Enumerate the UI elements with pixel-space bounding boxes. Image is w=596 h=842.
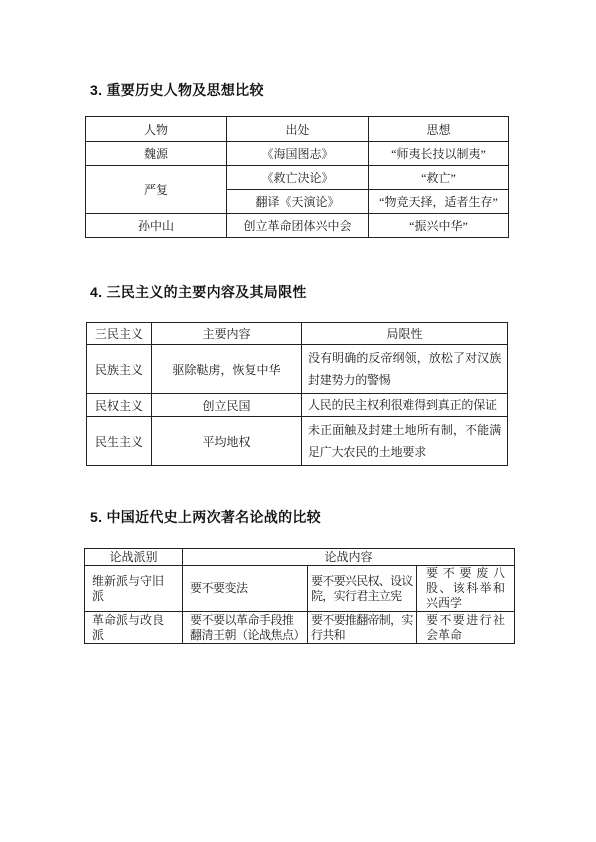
- section-4-heading: 4. 三民主义的主要内容及其局限性: [90, 285, 307, 299]
- cell-source: 《海国图志》: [227, 142, 369, 166]
- header-cell-debate-content: 论战内容: [183, 549, 515, 566]
- cell-faction: 革命派与改良派: [85, 612, 183, 644]
- table-row: 民生主义 平均地权 未正面触及封建土地所有制，不能满足广大农民的土地要求: [87, 417, 508, 466]
- table-header-row: 论战派别 论战内容: [85, 549, 515, 566]
- cell-principle: 民族主义: [87, 345, 152, 394]
- table-row: 维新派与守旧派 要不要变法 要不要兴民权、设议院，实行君主立宪 要不要废八股、该…: [85, 566, 515, 612]
- cell-content: 平均地权: [152, 417, 302, 466]
- header-cell-source: 出处: [227, 117, 369, 142]
- cell-debate-topic: 要不要废八股、该科举和兴西学: [417, 566, 515, 612]
- section-3-heading: 3. 重要历史人物及思想比较: [90, 83, 264, 97]
- table-header-row: 人物 出处 思想: [86, 117, 509, 142]
- header-cell-limitation: 局限性: [302, 323, 508, 345]
- cell-thought: “救亡”: [369, 166, 509, 190]
- cell-debate-topic: 要不要兴民权、设议院，实行君主立宪: [308, 566, 417, 612]
- cell-person: 孙中山: [86, 214, 227, 238]
- header-cell-thought: 思想: [369, 117, 509, 142]
- cell-content: 创立民国: [152, 394, 302, 417]
- table-row: 民权主义 创立民国 人民的民主权利很难得到真正的保证: [87, 394, 508, 417]
- cell-source: 《救亡决论》: [227, 166, 369, 190]
- table-row: 革命派与改良派 要不要以革命手段推翻清王朝（论战焦点） 要不要推翻帝制，实行共和…: [85, 612, 515, 644]
- cell-debate-topic: 要不要进行社会革命: [417, 612, 515, 644]
- cell-limitation: 没有明确的反帝纲领，放松了对汉族封建势力的警惕: [302, 345, 508, 394]
- table-row: 民族主义 驱除鞑虏，恢复中华 没有明确的反帝纲领，放松了对汉族封建势力的警惕: [87, 345, 508, 394]
- cell-principle: 民权主义: [87, 394, 152, 417]
- cell-debate-topic: 要不要以革命手段推翻清王朝（论战焦点）: [183, 612, 308, 644]
- header-cell-person: 人物: [86, 117, 227, 142]
- cell-source: 翻译《天演论》: [227, 190, 369, 214]
- cell-content: 驱除鞑虏，恢复中华: [152, 345, 302, 394]
- header-cell-principle: 三民主义: [87, 323, 152, 345]
- cell-principle: 民生主义: [87, 417, 152, 466]
- header-cell-content: 主要内容: [152, 323, 302, 345]
- header-cell-faction: 论战派别: [85, 549, 183, 566]
- cell-source: 创立革命团体兴中会: [227, 214, 369, 238]
- cell-person: 魏源: [86, 142, 227, 166]
- cell-debate-topic: 要不要推翻帝制，实行共和: [308, 612, 417, 644]
- cell-faction: 维新派与守旧派: [85, 566, 183, 612]
- debates-comparison-table: 论战派别 论战内容 维新派与守旧派 要不要变法 要不要兴民权、设议院，实行君主立…: [84, 548, 515, 644]
- table-row: 严复 《救亡决论》 “救亡”: [86, 166, 509, 190]
- cell-thought: “物竞天择，适者生存”: [369, 190, 509, 214]
- document-page: 3. 重要历史人物及思想比较 人物 出处 思想 魏源 《海国图志》 “师夷长技以…: [0, 0, 596, 842]
- cell-thought: “振兴中华”: [369, 214, 509, 238]
- cell-thought: “师夷长技以制夷”: [369, 142, 509, 166]
- table-header-row: 三民主义 主要内容 局限性: [87, 323, 508, 345]
- historic-figures-table: 人物 出处 思想 魏源 《海国图志》 “师夷长技以制夷” 严复 《救亡决论》 “…: [85, 116, 509, 238]
- section-5-heading: 5. 中国近代史上两次著名论战的比较: [90, 510, 321, 524]
- table-row: 孙中山 创立革命团体兴中会 “振兴中华”: [86, 214, 509, 238]
- cell-debate-topic: 要不要变法: [183, 566, 308, 612]
- table-row: 魏源 《海国图志》 “师夷长技以制夷”: [86, 142, 509, 166]
- cell-person: 严复: [86, 166, 227, 214]
- cell-limitation: 人民的民主权利很难得到真正的保证: [302, 394, 508, 417]
- cell-limitation: 未正面触及封建土地所有制，不能满足广大农民的土地要求: [302, 417, 508, 466]
- three-principles-table: 三民主义 主要内容 局限性 民族主义 驱除鞑虏，恢复中华 没有明确的反帝纲领，放…: [86, 322, 508, 466]
